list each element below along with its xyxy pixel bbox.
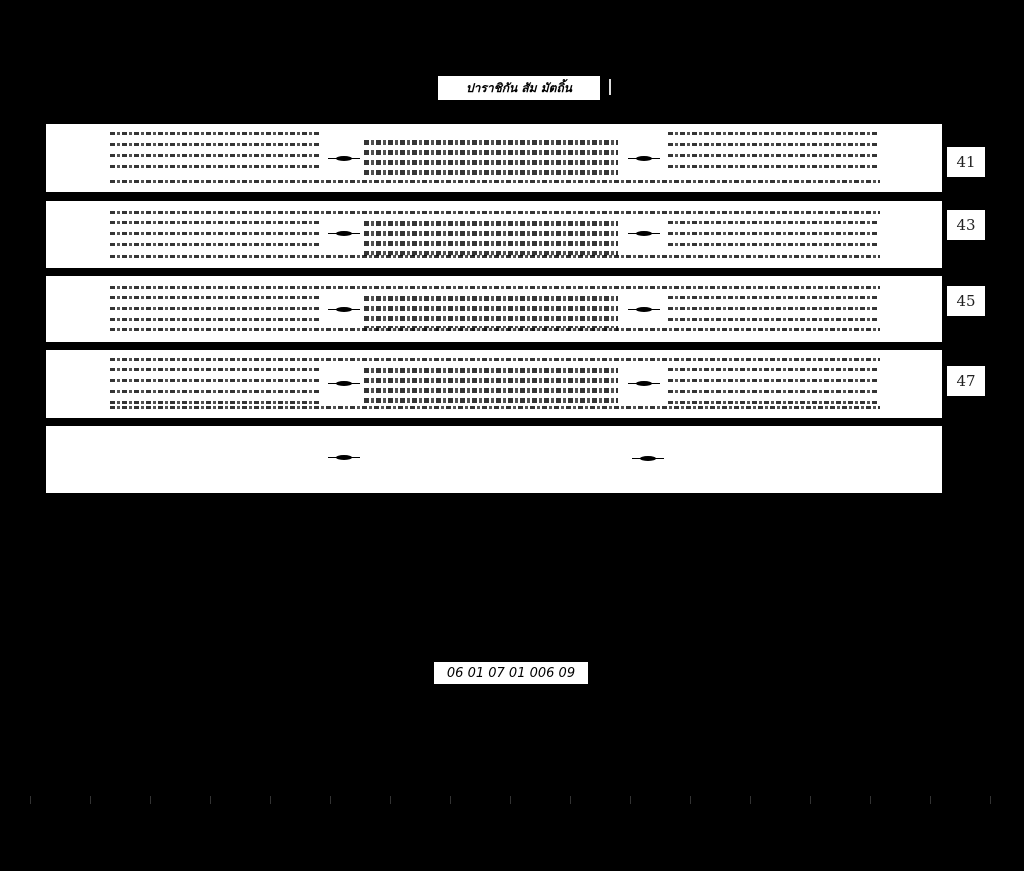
- string-hole-icon: [640, 456, 656, 461]
- text-line-bottom: [110, 180, 880, 183]
- text-block-left: [110, 296, 320, 329]
- string-hole-icon: [336, 455, 352, 460]
- text-block-right: [668, 221, 878, 254]
- page-number-label: 41: [947, 147, 985, 177]
- string-hole-icon: [336, 381, 352, 386]
- text-block-left: [110, 221, 320, 254]
- palm-leaf-1: [46, 124, 942, 192]
- film-edge-marks: [0, 796, 1024, 804]
- text-block-middle: [364, 368, 618, 408]
- string-hole-icon: [336, 231, 352, 236]
- text-line-top: [110, 211, 880, 214]
- text-block-right: [668, 132, 878, 176]
- string-hole-icon: [336, 307, 352, 312]
- text-block-middle: [364, 140, 618, 180]
- text-block-right: [668, 296, 878, 329]
- text-line-bottom: [110, 255, 880, 258]
- text-line-top: [110, 286, 880, 289]
- palm-leaf-3: [46, 276, 942, 342]
- archive-code-label: 06 01 07 01 006 09: [434, 662, 588, 684]
- text-block-left: [110, 132, 320, 176]
- palm-leaf-5-blank: [46, 426, 942, 493]
- text-line-bottom: [110, 406, 880, 409]
- page-number-label: 43: [947, 210, 985, 240]
- string-hole-icon: [636, 156, 652, 161]
- text-line-bottom: [110, 328, 880, 331]
- text-line-top: [110, 358, 880, 361]
- title-tick-mark: [609, 79, 611, 95]
- string-hole-icon: [336, 156, 352, 161]
- string-hole-icon: [636, 231, 652, 236]
- palm-leaf-2: [46, 201, 942, 268]
- string-hole-icon: [636, 381, 652, 386]
- page-number-label: 45: [947, 286, 985, 316]
- page-number-label: 47: [947, 366, 985, 396]
- string-hole-icon: [636, 307, 652, 312]
- palm-leaf-4: [46, 350, 942, 418]
- manuscript-title-label: ปาราชิกัน สัม มัตถิ้น: [438, 76, 600, 100]
